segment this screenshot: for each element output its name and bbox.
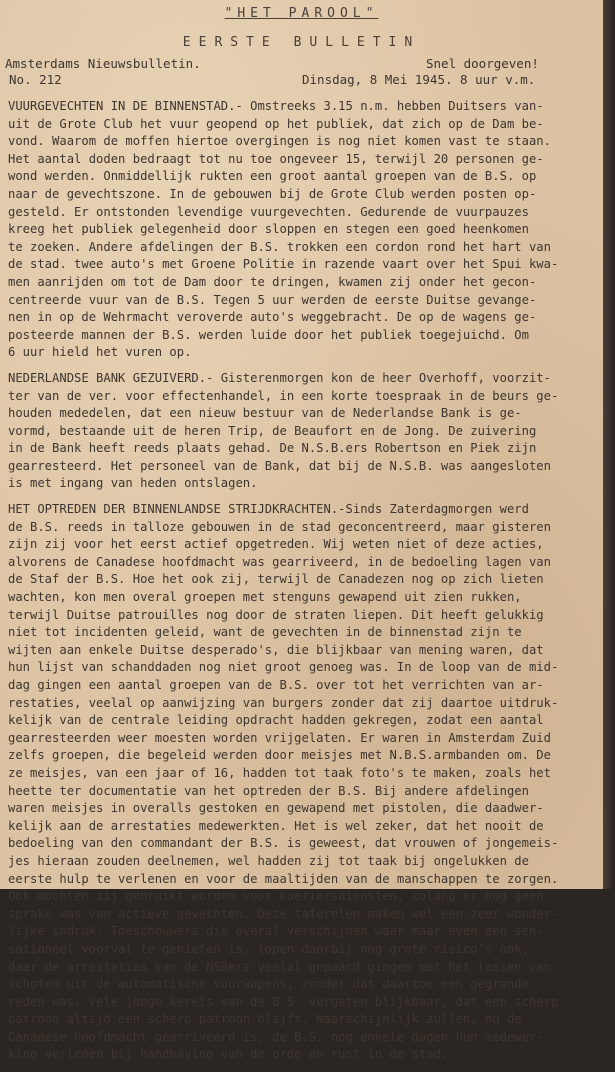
text-line: restaties, veelal op aanwijzing van burg…: [8, 695, 604, 713]
text-line: wond werden. Onmiddellijk rukten een gro…: [8, 168, 604, 186]
dateline: Dinsdag, 8 Mei 1945. 8 uur v.m.: [302, 72, 535, 87]
article-vuurgevechten: VUURGEVECHTEN IN DE BINNENSTAD.- Omstree…: [8, 98, 604, 362]
text-line: naar de gevechtszone. In de gebouwen bij…: [8, 186, 604, 204]
text-line: ze meisjes, van een jaar of 16, hadden t…: [8, 765, 604, 783]
text-line: te zoeken. Andere afdelingen der B.S. tr…: [8, 239, 604, 257]
text-line: centreerde vuur van de B.S. Tegen 5 uur …: [8, 292, 604, 310]
text-line: gearresteerd. Het personeel van de Bank,…: [8, 458, 604, 476]
text-line: de Staf der B.S. Hoe het ook zij, terwij…: [8, 571, 604, 589]
text-line: gearresteerden weer moesten worden vrijg…: [8, 730, 604, 748]
article-optreden-bs: HET OPTREDEN DER BINNENLANDSE STRIJDKRAC…: [8, 501, 604, 889]
text-line: de stad. twee auto's met Groene Politie …: [8, 256, 604, 274]
text-line: kelijk van de centrale leiding opdracht …: [8, 712, 604, 730]
text-line: ter van de ver. voor effectenhandel, in …: [8, 388, 604, 406]
text-line: heette ter documentatie van het optreden…: [8, 783, 604, 801]
text-line: NEDERLANDSE BANK GEZUIVERD.- Gisterenmor…: [8, 370, 604, 388]
text-line: zijn zij voor het eerst actief opgetrede…: [8, 536, 604, 554]
masthead-title: "HET PAROOL": [0, 6, 603, 21]
text-line: wachten, kon men overal groepen met sten…: [8, 589, 604, 607]
text-line: gesteld. Er ontstonden levendige vuurgev…: [8, 204, 604, 222]
text-line: dag gingen een aantal groepen van de B.S…: [8, 677, 604, 695]
text-line: jes hieraan zouden deelnemen, wel hadden…: [8, 853, 604, 871]
text-line: eerste hulp te verlenen en voor de maalt…: [8, 871, 604, 889]
text-line: men aanrijden om tot de Dam door te drin…: [8, 274, 604, 292]
text-line: kelijk aan de arrestaties medewerkten. H…: [8, 818, 604, 836]
text-line: zelfs groepen, die begeleid werden door …: [8, 747, 604, 765]
text-line: niet tot incidenten geleid, want de geve…: [8, 624, 604, 642]
text-line: HET OPTREDEN DER BINNENLANDSE STRIJDKRAC…: [8, 501, 604, 519]
text-line: hun lijst van schanddaden nog niet groot…: [8, 659, 604, 677]
issue-number: No. 212: [9, 72, 62, 87]
scanner-edge-shadow: [603, 0, 615, 889]
article-nederlandse-bank: NEDERLANDSE BANK GEZUIVERD.- Gisterenmor…: [8, 370, 604, 493]
text-line: Het aantal doden bedraagt tot nu toe ong…: [8, 151, 604, 169]
text-line: houden mededelen, dat een nieuw bestuur …: [8, 405, 604, 423]
text-line: vond. Waarom de moffen hiertoe overginge…: [8, 133, 604, 151]
distribution-instruction: Snel doorgeven!: [426, 56, 539, 71]
text-line: alvorens de Canadese hoofdmacht was gear…: [8, 554, 604, 572]
text-line: uit de Grote Club het vuur geopend op he…: [8, 116, 604, 134]
text-line: waren meisjes in overalls gestoken en ge…: [8, 800, 604, 818]
series-name: Amsterdams Nieuwsbulletin.: [5, 56, 201, 71]
text-line: VUURGEVECHTEN IN DE BINNENSTAD.- Omstree…: [8, 98, 604, 116]
typewritten-bulletin-page: "HET PAROOL" EERSTE BULLETIN Amsterdams …: [0, 0, 603, 889]
text-line: wijten aan enkele Duitse desperado's, di…: [8, 642, 604, 660]
text-line: vormd, bestaande uit de heren Trip, de B…: [8, 423, 604, 441]
text-line: 6 uur hield het vuren op.: [8, 344, 604, 362]
text-line: is met ingang van heden ontslagen.: [8, 475, 604, 493]
article-body: VUURGEVECHTEN IN DE BINNENSTAD.- Omstree…: [8, 98, 604, 889]
text-line: bedoeling van den commandant der B.S. is…: [8, 835, 604, 853]
text-line: terwijl Duitse patrouilles nog door de s…: [8, 607, 604, 625]
edition-title: EERSTE BULLETIN: [0, 35, 603, 50]
text-line: nen in op de Wehrmacht veroverde auto's …: [8, 309, 604, 327]
text-line: kreeg het publiek gelegenheid door slopp…: [8, 221, 604, 239]
text-line: in de Bank heeft reeds plaats gehad. De …: [8, 440, 604, 458]
text-line: de B.S. reeds in talloze gebouwen in de …: [8, 519, 604, 537]
text-line: posteerde mannen der B.S. werden luide d…: [8, 327, 604, 345]
